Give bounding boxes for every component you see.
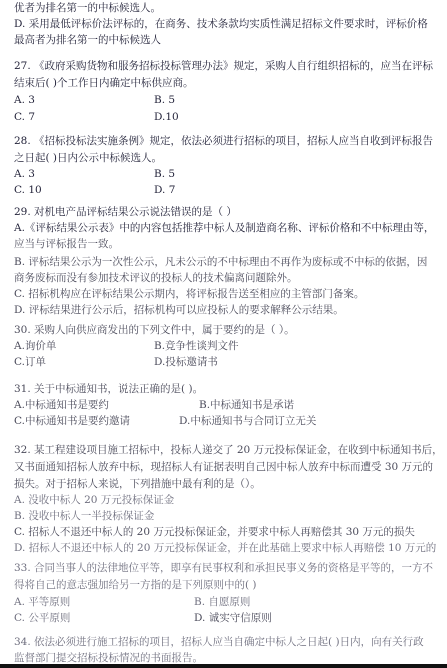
q33-option-c: C. 公平原则 [14,610,70,627]
q29-option-a-line2: 应当与评标报告一致。 [14,236,119,253]
q29-option-d: D. 评标结果进行公示后，招标机构可以应投标人的要求解释公示结果。 [14,302,344,319]
q28-option-a: A. 3 [14,166,35,183]
q34-stem-line1: 34. 依法必须进行施工招标的项目，招标人应当自确定中标人之日起( )日内，向有… [14,634,424,651]
q26-tail-line: 优者为排名第一的中标候选人。 [14,0,161,17]
q33-option-a: A. 平等原则 [14,594,70,611]
page-bottom-rule [0,664,447,668]
q30-option-b: B.竞争性谈判文件 [154,338,239,355]
q26-option-d-line2: 最高者为排名第一的中标候选人 [14,32,161,49]
q28-stem-line1: 28. 《招标投标法实施条例》规定，依法必须进行招标的项目，招标人应当自收到评标… [14,133,433,150]
q26-option-d-line1: D. 采用最低评标价法评标的，在商务、技术条款均实质性满足招标文件要求时，评标价… [14,16,428,33]
q32-stem-line1: 32. 某工程建设项目施工招标中，投标人递交了 20 万元投标保证金，在收到中标… [14,442,443,459]
q32-option-a: A. 没收中标人 20 万元投标保证金 [14,492,174,509]
q28-option-b: B. 5 [154,166,175,183]
q29-option-b-line2: 商务废标而没有参加技术评议的投标人的技术偏离问题除外。 [14,270,298,287]
q31-option-a: A.中标通知书是要约 [14,397,109,414]
q31-option-c: C.中标通知书是要约邀请 [14,413,130,430]
q33-option-b: B. 自愿原则 [194,594,250,611]
q29-option-b-line1: B. 评标结果公示为一次性公示，凡未公示的不中标理由不再作为废标或不中标的依据，… [14,254,427,271]
q30-option-d: D.投标邀请书 [154,354,218,371]
q28-option-d: D. 7 [154,182,175,199]
q30-stem: 30. 采购人向供应商发出的下列文件中，属于要约的是（ ）。 [14,322,295,339]
q32-stem-line2: 又书面通知招标人放弃中标，现招标人有证据表明自己因中标人放弃中标而遭受 30 万… [14,459,433,476]
q33-stem-line1: 33. 合同当事人的法律地位平等，即享有民事权利和承担民事义务的资格是平等的，一… [14,560,433,577]
q27-option-b: B. 5 [154,92,175,109]
q28-stem-line2: 之日起( )日内公示中标候选人。 [14,150,162,167]
q30-option-a: A.询价单 [14,338,56,355]
q27-stem-line1: 27. 《政府采购货物和服务招标投标管理办法》规定，采购人自行组织招标的，应当在… [14,58,433,75]
q30-option-c: C.订单 [14,354,46,371]
q32-option-d: D. 招标人不退还中标人的 20 万元投标保证金，并在此基础上要求中标人再赔偿 … [14,540,436,557]
q27-option-c: C. 7 [14,109,35,126]
q31-option-d: D.中标通知书与合同订立无关 [179,413,316,430]
q29-option-c: C. 招标机构应在评标结果公示期内，将评标报告送至相应的主管部门备案。 [14,286,364,303]
q33-stem-line2: 得将自己的意志强加给另一方指的是下列原则中的( ) [14,577,257,594]
q32-option-b: B. 没收中标人一半投标保证金 [14,508,154,525]
q31-option-b: B.中标通知书是承诺 [199,397,294,414]
q27-option-d: D.10 [154,109,179,126]
q27-option-a: A. 3 [14,92,35,109]
q33-option-d: D. 诚实守信原则 [194,610,272,627]
q32-option-c: C. 招标人不退还中标人的 20 万元投标保证金，并要求中标人再赔偿其 30 万… [14,524,415,541]
q32-stem-line3: 损失。对于招标人来说，下列措施中最有利的是（）。 [14,476,261,493]
q29-stem: 29. 对机电产品评标结果公示说法错误的是（ ） [14,204,237,221]
q29-option-a-line1: A.《评标结果公示表》中的内容包括推荐中标人及制造商名称、评标价格和不中标理由等… [14,220,434,237]
q27-stem-line2: 结束后( )个工作日内确定中标供应商。 [14,75,194,92]
q28-option-c: C. 10 [14,182,42,199]
q31-stem: 31. 关于中标通知书，说法正确的是( )。 [14,381,203,398]
